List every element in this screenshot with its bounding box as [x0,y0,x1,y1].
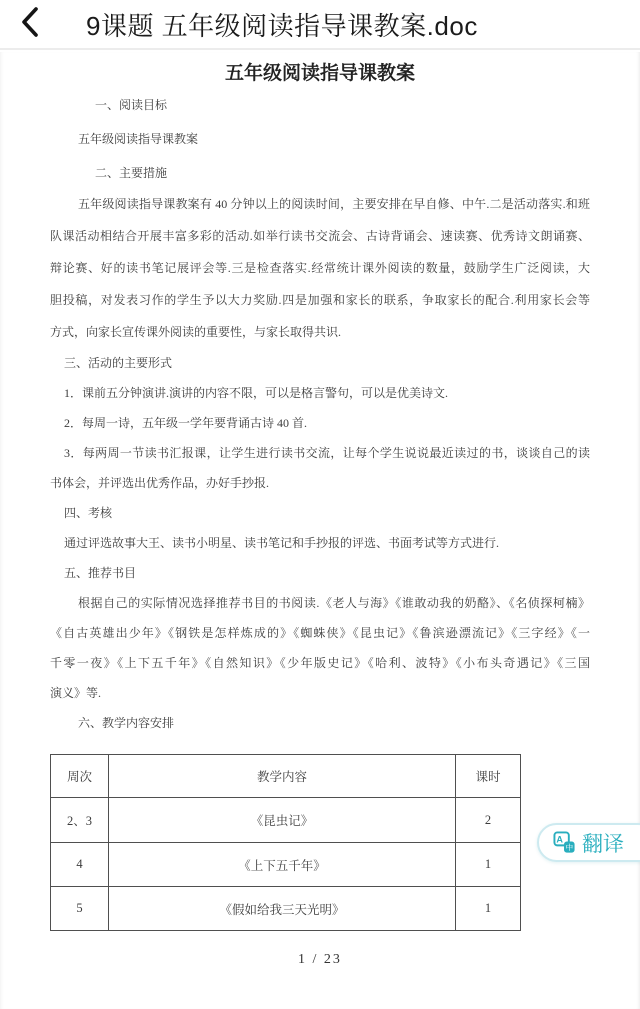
table-cell-hours: 1 [456,843,521,887]
paragraph-line: 五年级阅读指导课教案有 40 分钟以上的阅读时间，主要安排在早自修、中午.二是活… [50,188,590,220]
document-filename-title: 9课题 五年级阅读指导课教案.doc [86,6,478,43]
table-header-week: 周次 [51,755,109,798]
table-cell-hours: 1 [456,887,521,931]
list-item-1: 1．课前五分钟演讲.演讲的内容不限，可以是格言警句，可以是优美诗文. [64,378,590,408]
table-cell-content: 《假如给我三天光明》 [109,887,456,931]
table-header-content: 教学内容 [109,755,456,798]
section-2-heading: 二、主要措施 [95,158,590,188]
section-5-paragraph: 根据自己的实际情况选择推荐书目的书阅读.《老人与海》《谁敢动我的奶酪》、《名侦探… [50,588,590,708]
translate-icon: A 中 [553,831,576,854]
paragraph-line: 队课活动相结合开展丰富多彩的活动.如举行读书交流会、古诗背诵会、速读赛、优秀诗文… [50,220,590,252]
list-item-2: 2．每周一诗，五年级一学年要背诵古诗 40 首. [64,408,590,438]
doc-title: 五年级阅读指导课教案 [50,60,590,88]
table-row: 5 《假如给我三天光明》 1 [51,887,521,931]
table-cell-week: 2、3 [51,798,109,843]
paragraph-line: 3．每两周一节读书汇报课，让学生进行读书交流，让每个学生说说最近读过的书，谈谈自… [50,438,590,468]
svg-text:中: 中 [565,842,573,852]
table-cell-content: 《上下五千年》 [109,843,456,887]
page-indicator: 1 / 23 [50,945,590,975]
section-6-heading: 六、教学内容安排 [78,708,590,738]
paragraph-line: 辩论赛、好的读书笔记展评会等.三是检查落实.经常统计课外阅读的数量，鼓励学生广泛… [50,252,590,284]
app-bar: 9课题 五年级阅读指导课教案.doc [0,0,640,50]
table-header-hours: 课时 [456,755,521,798]
section-4-heading: 四、考核 [64,498,590,528]
table-row: 4 《上下五千年》 1 [51,843,521,887]
section-1-heading: 一、阅读目标 [95,90,590,120]
paragraph-line: 根据自己的实际情况选择推荐书目的书阅读.《老人与海》《谁敢动我的奶酪》、《名侦探… [50,588,590,618]
translate-button-label: 翻译 [582,828,624,858]
paragraph-line: 书体会，并评选出优秀作品，办好手抄报. [50,468,590,498]
paragraph-line: 《自古英雄出少年》《钢铁是怎样炼成的》《蜘蛛侠》《昆虫记》《鲁滨逊漂流记》《三字… [50,618,590,648]
chevron-left-icon [20,7,40,42]
section-1-body: 五年级阅读指导课教案 [78,124,590,154]
table-cell-week: 4 [51,843,109,887]
list-item-3: 3．每两周一节读书汇报课，让学生进行读书交流，让每个学生说说最近读过的书，谈谈自… [50,438,590,498]
table-cell-content: 《昆虫记》 [109,798,456,843]
document-viewport[interactable]: 五年级阅读指导课教案 一、阅读目标 五年级阅读指导课教案 二、主要措施 五年级阅… [0,52,640,1009]
section-3-heading: 三、活动的主要形式 [64,348,590,378]
section-5-heading: 五、推荐书目 [64,558,590,588]
paragraph-line: 演义》等. [50,678,590,708]
section-2-paragraph: 五年级阅读指导课教案有 40 分钟以上的阅读时间，主要安排在早自修、中午.二是活… [50,188,590,348]
table-row: 2、3 《昆虫记》 2 [51,798,521,843]
table-cell-week: 5 [51,887,109,931]
translate-button[interactable]: A 中 翻译 [537,823,640,862]
paragraph-line: 方式，向家长宣传课外阅读的重要性，与家长取得共识. [50,316,590,348]
svg-text:A: A [556,835,563,845]
table-cell-hours: 2 [456,798,521,843]
section-4-body: 通过评选故事大王、读书小明星、读书笔记和手抄报的评选、书面考试等方式进行. [64,528,590,558]
back-button[interactable] [0,0,60,49]
paragraph-line: 千零一夜》《上下五千年》《自然知识》《少年版史记》《哈利、波特》《小布头奇遇记》… [50,648,590,678]
teaching-schedule-table: 周次 教学内容 课时 2、3 《昆虫记》 2 4 《上下五千年》 1 5 《假如… [50,754,521,931]
paragraph-line: 胆投稿，对发表习作的学生予以大力奖励.四是加强和家长的联系，争取家长的配合.利用… [50,284,590,316]
table-header-row: 周次 教学内容 课时 [51,755,521,798]
